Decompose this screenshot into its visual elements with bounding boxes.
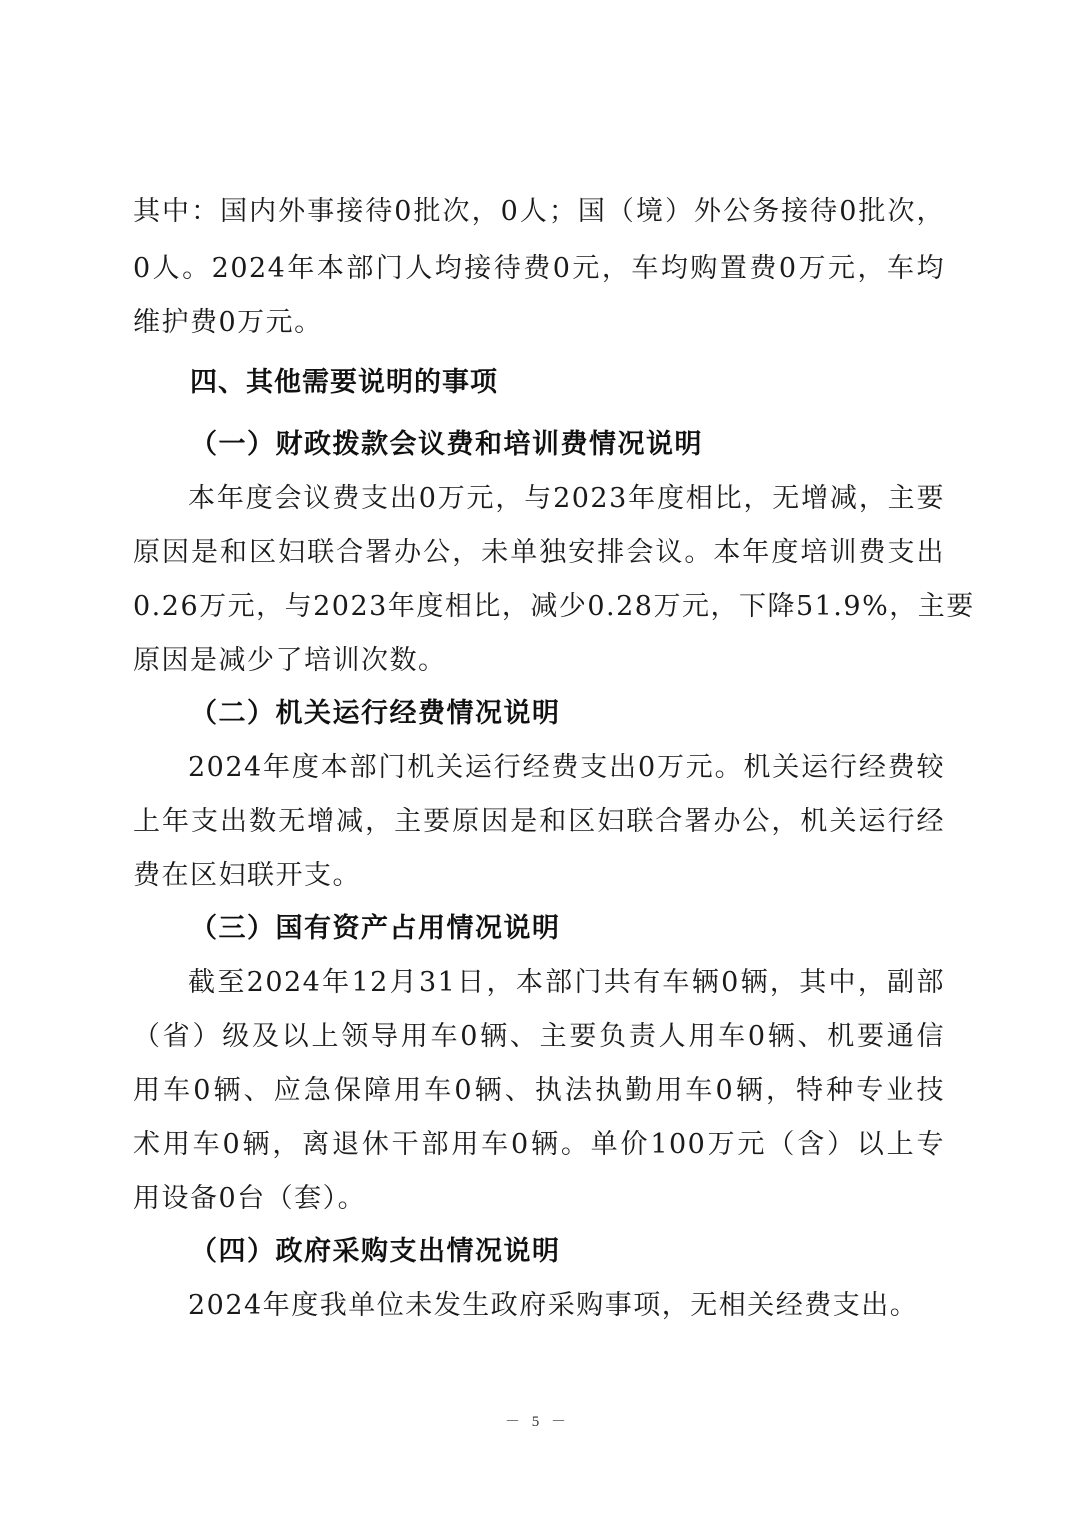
paragraph-line: 本年度会议费支出0万元，与2023年度相比，无增减，主要 <box>188 482 945 516</box>
subsection-heading: （一）财政拨款会议费和培训费情况说明 <box>190 428 703 462</box>
paragraph-line: 截至2024年12月31日，本部门共有车辆0辆，其中，副部 <box>188 966 945 1000</box>
paragraph-line: （省）级及以上领导用车0辆、主要负责人用车0辆、机要通信 <box>133 1020 945 1054</box>
subsection-heading: （四）政府采购支出情况说明 <box>190 1235 561 1269</box>
subsection-heading: （二）机关运行经费情况说明 <box>190 697 561 731</box>
paragraph-line: 术用车0辆，离退休干部用车0辆。单价100万元（含）以上专 <box>133 1128 945 1162</box>
paragraph-line: 2024年度我单位未发生政府采购事项，无相关经费支出。 <box>188 1289 1000 1323</box>
document-page: 其中：国内外事接待0批次，0人；国（境）外公务接待0批次， 0人。2024年本部… <box>0 0 1075 1520</box>
paragraph-line: 2024年度本部门机关运行经费支出0万元。机关运行经费较 <box>188 751 945 785</box>
page-number: － 5 － <box>0 1410 1075 1431</box>
paragraph-line: 用车0辆、应急保障用车0辆、执法执勤用车0辆，特种专业技 <box>133 1074 945 1108</box>
paragraph-line: 维护费0万元。 <box>133 306 945 340</box>
paragraph-line: 用设备0台（套）。 <box>133 1182 945 1216</box>
paragraph-line: 上年支出数无增减，主要原因是和区妇联合署办公，机关运行经 <box>133 805 945 839</box>
paragraph-line: 0.26万元，与2023年度相比，减少0.28万元，下降51.9%，主要 <box>133 590 945 624</box>
paragraph-line: 0人。2024年本部门人均接待费0元，车均购置费0万元，车均 <box>133 252 945 286</box>
subsection-heading: （三）国有资产占用情况说明 <box>190 912 561 946</box>
paragraph-line: 原因是和区妇联合署办公，未单独安排会议。本年度培训费支出 <box>133 536 945 570</box>
paragraph-line: 原因是减少了培训次数。 <box>133 644 945 678</box>
section-heading: 四、其他需要说明的事项 <box>190 366 498 400</box>
paragraph-line: 其中：国内外事接待0批次，0人；国（境）外公务接待0批次， <box>133 195 945 229</box>
paragraph-line: 费在区妇联开支。 <box>133 859 945 893</box>
